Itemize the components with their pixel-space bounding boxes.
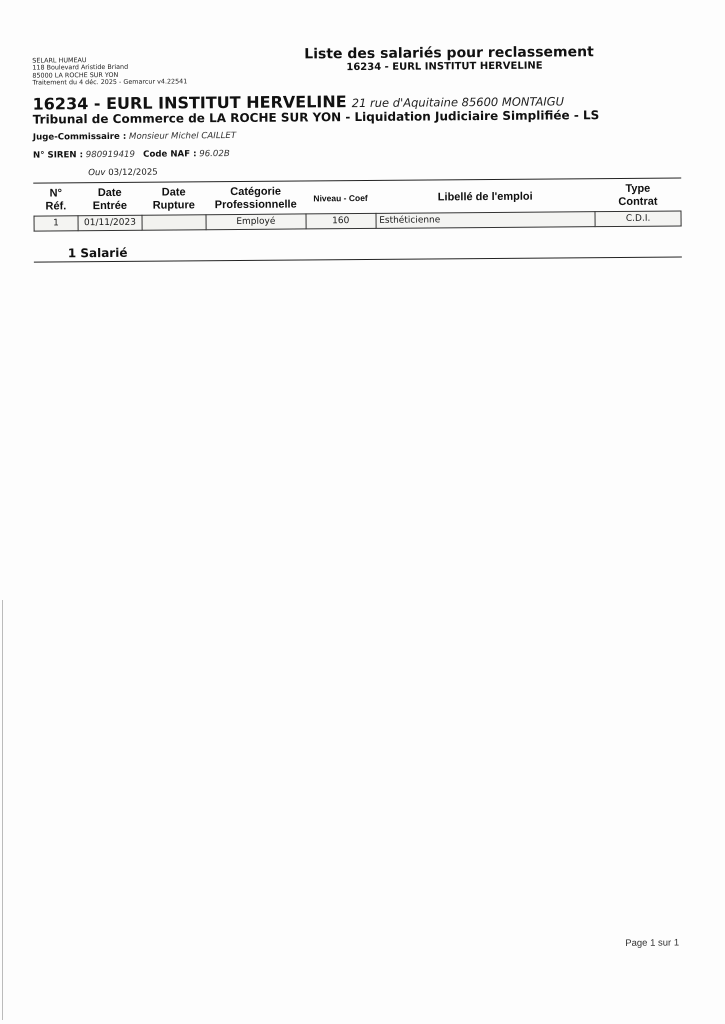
cell-ref: 1 (34, 216, 78, 231)
table-header-row: N° Réf. Date Entrée Date Rupture Catégor… (34, 178, 681, 216)
cell-niveau-coef: 160 (306, 213, 376, 229)
naf-label: Code NAF : (143, 149, 196, 159)
siren-line: N° SIREN : 980919419 Code NAF : 96.02B (33, 149, 230, 161)
cell-type-contrat: C.D.I. (595, 211, 681, 227)
header-categorie: Catégorie Professionnelle (206, 181, 306, 214)
opening-label: Ouv (88, 168, 105, 178)
judge-label: Juge-Commissaire : (33, 132, 126, 143)
document-content: SELARL HUMEAU 118 Boulevard Aristide Bri… (0, 0, 725, 1024)
page-number: Page 1 sur 1 (625, 938, 679, 949)
document-title: Liste des salariés pour reclassement (304, 44, 594, 62)
header-ref: N° Réf. (34, 183, 78, 216)
document-page: SELARL HUMEAU 118 Boulevard Aristide Bri… (0, 0, 725, 1024)
header-niveau-coef: Niveau - Coef (306, 181, 376, 214)
summary-rule (34, 256, 682, 262)
judge-value: Monsieur Michel CAILLET (129, 131, 236, 142)
opening-date-line: Ouv 03/12/2025 (88, 168, 158, 179)
cell-date-entree: 01/11/2023 (78, 215, 142, 231)
header-type-contrat: Type Contrat (595, 178, 681, 211)
header-date-entree: Date Entrée (78, 183, 142, 216)
naf-value: 96.02B (199, 149, 230, 159)
judge-line: Juge-Commissaire : Monsieur Michel CAILL… (33, 131, 236, 143)
scan-edge (2, 600, 3, 1020)
sender-address-block: SELARL HUMEAU 118 Boulevard Aristide Bri… (32, 56, 187, 87)
employee-count: 1 Salarié (68, 246, 128, 260)
siren-label: N° SIREN : (33, 150, 83, 160)
cell-categorie: Employé (206, 214, 306, 230)
document-subtitle: 16234 - EURL INSTITUT HERVELINE (346, 61, 542, 74)
cell-date-rupture (142, 215, 206, 231)
processing-info: Traitement du 4 déc. 2025 - Gemarcur v4.… (32, 79, 187, 88)
header-date-rupture: Date Rupture (142, 182, 206, 215)
opening-date: 03/12/2025 (108, 168, 158, 178)
siren-value: 980919419 (86, 150, 135, 160)
employee-table: N° Réf. Date Entrée Date Rupture Catégor… (33, 178, 681, 231)
header-libelle: Libellé de l'emploi (375, 179, 595, 213)
cell-libelle: Esthéticienne (376, 212, 596, 229)
